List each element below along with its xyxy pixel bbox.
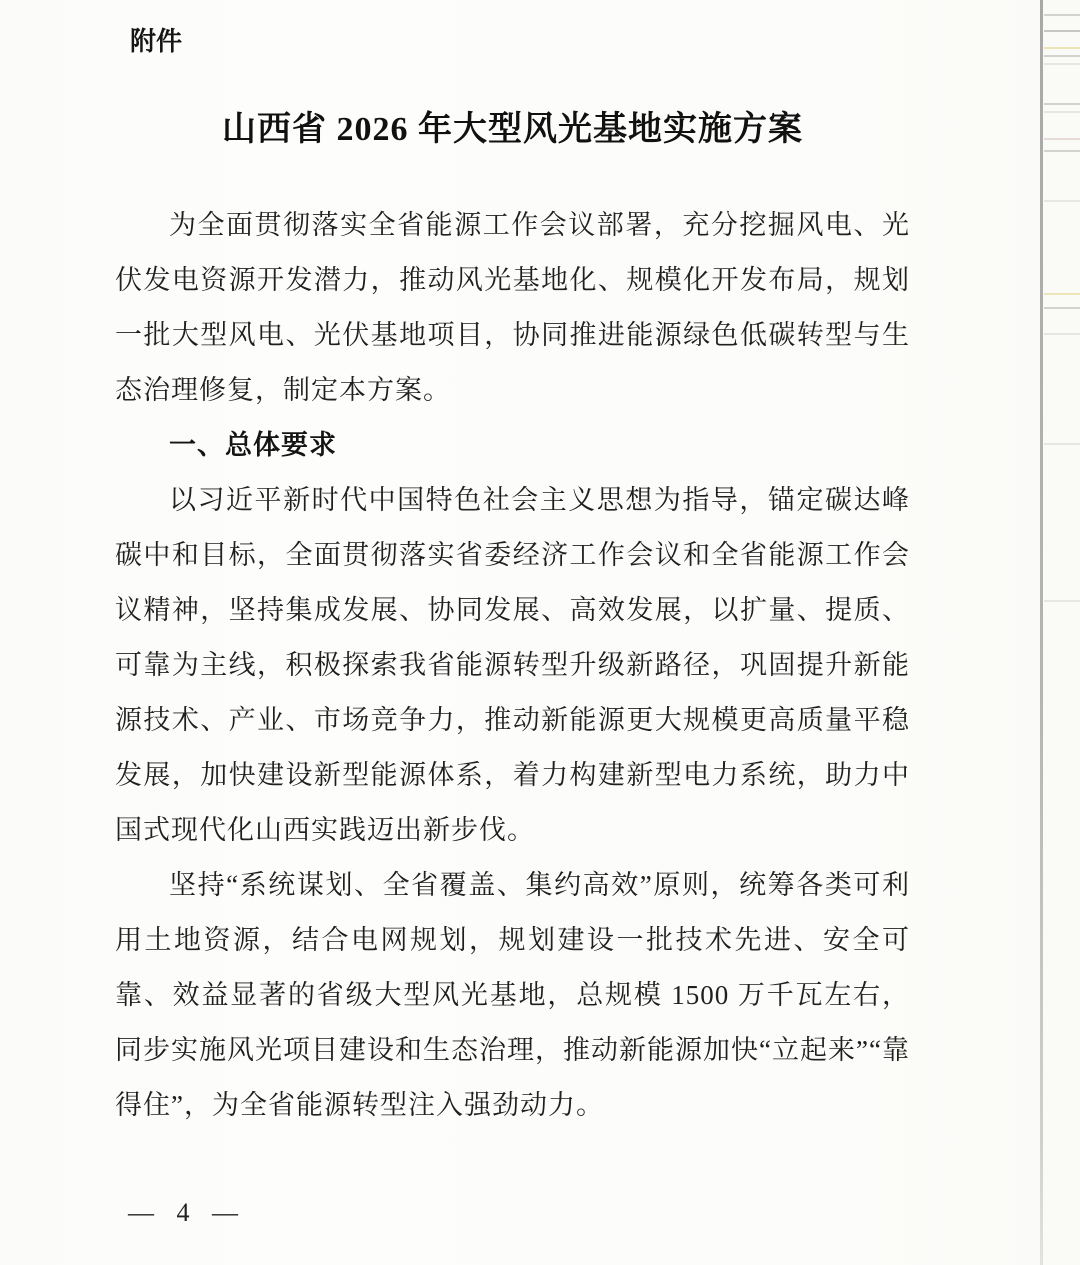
scan-artifact-line — [1044, 47, 1080, 49]
scan-artifact-line — [1044, 14, 1080, 16]
section-1-paragraph-1: 以习近平新时代中国特色社会主义思想为指导，锚定碳达峰碳中和目标，全面贯彻落实省委… — [115, 473, 910, 858]
scan-artifact-line — [1044, 293, 1080, 295]
scan-page-edge-line — [1040, 0, 1043, 1265]
scan-artifact-line — [1044, 138, 1080, 140]
scan-artifact-line — [1044, 63, 1080, 65]
scan-artifact-line — [1044, 333, 1080, 335]
document-content: 附件 山西省 2026 年大型风光基地实施方案 为全面贯彻落实全省能源工作会议部… — [115, 0, 910, 1133]
section-1-paragraph-2: 坚持“系统谋划、全省覆盖、集约高效”原则，统筹各类可利用土地资源，结合电网规划，… — [115, 858, 910, 1133]
scan-artifact-line — [1044, 150, 1080, 152]
scan-artifact-line — [1044, 30, 1080, 32]
intro-paragraph: 为全面贯彻落实全省能源工作会议部署，充分挖掘风电、光伏发电资源开发潜力，推动风光… — [115, 198, 910, 418]
scan-artifact-line — [1044, 600, 1080, 602]
scan-artifact-line — [1044, 55, 1080, 57]
page-number: — 4 — — [128, 1198, 246, 1228]
scan-artifact-line — [1044, 307, 1080, 309]
scanned-document-page: 附件 山西省 2026 年大型风光基地实施方案 为全面贯彻落实全省能源工作会议部… — [0, 0, 1080, 1265]
scan-artifact-line — [1044, 200, 1080, 202]
scan-artifact-line — [1044, 111, 1080, 113]
document-body: 为全面贯彻落实全省能源工作会议部署，充分挖掘风电、光伏发电资源开发潜力，推动风光… — [115, 198, 910, 1133]
section-1-heading: 一、总体要求 — [115, 418, 910, 473]
scan-artifact-line — [1044, 103, 1080, 105]
attachment-label: 附件 — [115, 0, 910, 57]
document-title: 山西省 2026 年大型风光基地实施方案 — [115, 110, 910, 150]
scan-artifact-line — [1044, 443, 1080, 445]
